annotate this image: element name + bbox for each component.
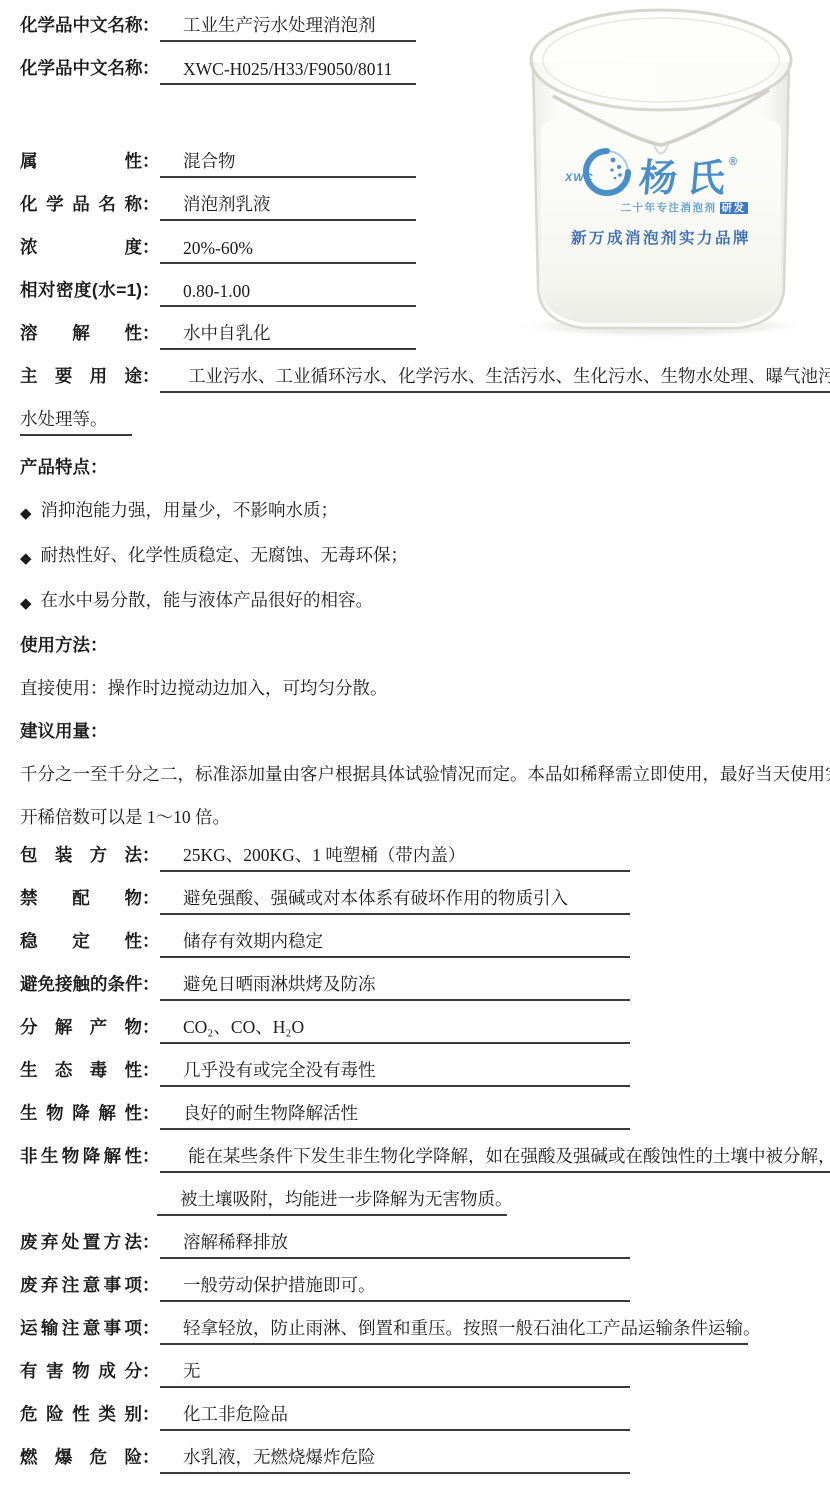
field-value: 水乳液，无燃烧爆炸危险 <box>160 1444 630 1474</box>
brand-name-text: 杨氏 <box>637 160 736 198</box>
field-label: 溶解性： <box>20 320 160 350</box>
field-label-colon: ： <box>142 971 160 996</box>
field-row-non-biodegradability-cont: 被土壤吸附，均能进一步降解为无害物质。 <box>20 1188 814 1216</box>
field-label-colon: ： <box>142 363 160 388</box>
field-label: 生态毒性： <box>20 1057 160 1087</box>
brand-subtitle-text: 二十年专注消泡剂 <box>621 202 717 214</box>
field-label: 稳定性： <box>20 928 160 958</box>
field-label: 避免接触的条件： <box>20 971 160 1001</box>
xwc-logo-text: XWC <box>565 172 594 184</box>
field-label-text: 生物降解性 <box>20 1100 142 1125</box>
field-label-text: 属性 <box>20 148 142 173</box>
field-label-text: 化学品中文名称 <box>20 12 142 37</box>
field-label: 非生物降解性： <box>20 1143 160 1173</box>
field-value: 混合物 <box>160 148 416 178</box>
field-label-text: 非生物降解性 <box>20 1143 142 1168</box>
field-label-colon: ： <box>142 148 160 173</box>
field-label-colon: ： <box>142 1014 160 1039</box>
field-label-colon: ： <box>142 12 160 37</box>
product-photo-beaker: XWC 杨氏 ® 二十年专注消泡剂研发 新万成消泡剂实力品牌 <box>495 2 827 340</box>
field-row-decomposition-products: 分解产物： CO₂、CO、H₂O <box>20 1016 814 1044</box>
field-label-colon: ： <box>142 234 160 259</box>
feature-bullet-3: ◆ 在水中易分散，能与液体产品很好的相容。 <box>20 584 814 612</box>
field-label-text: 溶解性 <box>20 320 142 345</box>
registered-trademark-icon: ® <box>729 156 737 168</box>
feature-text: 耐热性好、化学性质稳定、无腐蚀、无毒环保； <box>41 542 409 567</box>
field-label-colon: ： <box>142 55 160 80</box>
field-row-stability: 稳定性： 储存有效期内稳定 <box>20 930 814 958</box>
field-value: 消泡剂乳液 <box>160 191 416 221</box>
field-value: CO₂、CO、H₂O <box>160 1014 630 1044</box>
field-label-text: 浓度 <box>20 234 142 259</box>
field-label: 燃爆危险： <box>20 1444 160 1474</box>
feature-text: 在水中易分散，能与液体产品很好的相容。 <box>41 587 374 612</box>
diamond-bullet-icon: ◆ <box>20 549 32 567</box>
field-label-colon: ： <box>142 1229 160 1254</box>
field-row-eco-toxicity: 生态毒性： 几乎没有或完全没有毒性 <box>20 1059 814 1087</box>
field-label-colon: ： <box>142 1315 160 1340</box>
field-value-line1: 工业污水、工业循环污水、化学污水、生活污水、生化污水、生物水处理、曝气池污泥 <box>160 363 830 393</box>
field-row-disposal-precautions: 废弃注意事项： 一般劳动保护措施即可。 <box>20 1274 814 1302</box>
field-label: 危险性类别： <box>20 1401 160 1431</box>
diamond-bullet-icon: ◆ <box>20 594 32 612</box>
field-value: 25KG、200KG、1 吨塑桶（带内盖） <box>160 842 630 872</box>
field-label: 化学品中文名称： <box>20 12 160 42</box>
field-value: 避免强酸、强碱或对本体系有破坏作用的物质引入 <box>160 885 630 915</box>
field-label-colon: ： <box>142 1057 160 1082</box>
field-label: 生物降解性： <box>20 1100 160 1130</box>
field-label: 属性： <box>20 148 160 178</box>
field-value: 化工非危险品 <box>160 1401 630 1431</box>
field-label-colon: ： <box>142 928 160 953</box>
brand-subtitle-badge: 研发 <box>720 202 748 214</box>
section-heading-usage: 使用方法： <box>20 629 814 657</box>
field-label-text: 主要用途 <box>20 363 142 388</box>
brand-subtitle: 二十年专注消泡剂研发 <box>495 200 827 215</box>
field-value: 0.80-1.00 <box>160 281 416 307</box>
field-row-biodegradability: 生物降解性： 良好的耐生物降解活性 <box>20 1102 814 1130</box>
field-row-harmful-components: 有害物成分： 无 <box>20 1360 814 1388</box>
field-label-colon: ： <box>142 277 160 302</box>
feature-bullet-1: ◆ 消抑泡能力强，用量少，不影响水质； <box>20 494 814 522</box>
field-row-main-use: 主要用途： 工业污水、工业循环污水、化学污水、生活污水、生化污水、生物水处理、曝… <box>20 365 814 393</box>
field-label-text: 生态毒性 <box>20 1057 142 1082</box>
field-label-text: 运输注意事项 <box>20 1315 142 1340</box>
field-label-text: 有害物成分 <box>20 1358 142 1383</box>
field-label: 化学品名称： <box>20 191 160 221</box>
brand-slogan: 新万成消泡剂实力品牌 <box>495 226 827 248</box>
feature-text: 消抑泡能力强，用量少，不影响水质； <box>41 497 339 522</box>
feature-bullet-2: ◆ 耐热性好、化学性质稳定、无腐蚀、无毒环保； <box>20 539 814 567</box>
field-row-disposal-method: 废弃处置方法： 溶解稀释排放 <box>20 1231 814 1259</box>
field-label-colon: ： <box>142 191 160 216</box>
field-label-colon: ： <box>142 1143 160 1168</box>
field-label: 分解产物： <box>20 1014 160 1044</box>
dosage-line1: 千分之一至千分之二，标准添加量由客户根据具体试验情况而定。本品如稀释需立即使用，… <box>20 758 814 786</box>
field-label: 包装方法： <box>20 842 160 872</box>
field-label: 禁配物： <box>20 885 160 915</box>
field-value-line2: 被土壤吸附，均能进一步降解为无害物质。 <box>157 1186 507 1216</box>
dosage-line2: 开稀倍数可以是 1～10 倍。 <box>20 801 814 829</box>
usage-text: 直接使用：操作时边搅动边加入，可均匀分散。 <box>20 672 814 700</box>
field-label: 废弃注意事项： <box>20 1272 160 1302</box>
field-value: XWC-H025/H33/F9050/8011 <box>160 59 416 85</box>
field-label: 有害物成分： <box>20 1358 160 1388</box>
field-label: 废弃处置方法： <box>20 1229 160 1259</box>
field-label-text: 相对密度(水=1) <box>20 277 142 302</box>
field-label-colon: ： <box>142 1358 160 1383</box>
field-label-text: 化学品中文名称 <box>20 55 142 80</box>
field-value-line1: 能在某些条件下发生非生物化学降解，如在强酸及强碱或在酸蚀性的土壤中被分解，可 <box>160 1143 830 1173</box>
field-label: 化学品中文名称： <box>20 55 160 85</box>
brand-logo: XWC 杨氏 ® 二十年专注消泡剂研发 新万成消泡剂实力品牌 <box>495 142 827 248</box>
field-value: 溶解稀释排放 <box>160 1229 630 1259</box>
field-row-explosion-hazard: 燃爆危险： 水乳液，无燃烧爆炸危险 <box>20 1446 814 1474</box>
field-row-packing: 包装方法： 25KG、200KG、1 吨塑桶（带内盖） <box>20 844 814 872</box>
field-row-hazard-class: 危险性类别： 化工非危险品 <box>20 1403 814 1431</box>
field-value: 储存有效期内稳定 <box>160 928 630 958</box>
brand-logo-row: XWC 杨氏 ® <box>495 142 827 198</box>
field-label: 浓度： <box>20 234 160 264</box>
field-value: 轻拿轻放，防止雨淋、倒置和重压。按照一般石油化工产品运输条件运输。 <box>160 1315 748 1345</box>
field-label-colon: ： <box>142 1401 160 1426</box>
xwc-crescent-icon: XWC <box>579 142 635 198</box>
section-heading-features: 产品特点： <box>20 451 814 479</box>
field-row-incompatibles: 禁配物： 避免强酸、强碱或对本体系有破坏作用的物质引入 <box>20 887 814 915</box>
field-value: 无 <box>160 1358 630 1388</box>
field-row-main-use-cont: 水处理等。 <box>20 408 814 436</box>
field-label-text: 分解产物 <box>20 1014 142 1039</box>
field-label-text: 废弃处置方法 <box>20 1229 142 1254</box>
field-row-conditions-to-avoid: 避免接触的条件： 避免日晒雨淋烘烤及防冻 <box>20 973 814 1001</box>
field-label-text: 燃爆危险 <box>20 1444 142 1469</box>
field-label-colon: ： <box>142 1272 160 1297</box>
field-label-text: 危险性类别 <box>20 1401 142 1426</box>
field-value: 一般劳动保护措施即可。 <box>160 1272 630 1302</box>
field-value: 水中自乳化 <box>160 320 416 350</box>
field-value: 避免日晒雨淋烘烤及防冻 <box>160 971 630 1001</box>
field-value: 良好的耐生物降解活性 <box>160 1100 630 1130</box>
field-row-transport-precautions: 运输注意事项： 轻拿轻放，防止雨淋、倒置和重压。按照一般石油化工产品运输条件运输… <box>20 1317 814 1345</box>
field-label-text: 废弃注意事项 <box>20 1272 142 1297</box>
field-value: 20%-60% <box>160 238 416 264</box>
field-label-text: 稳定性 <box>20 928 142 953</box>
field-label: 主要用途： <box>20 363 160 393</box>
field-label-colon: ： <box>142 885 160 910</box>
field-label: 相对密度(水=1)： <box>20 277 160 307</box>
field-row-non-biodegradability: 非生物降解性： 能在某些条件下发生非生物化学降解，如在强酸及强碱或在酸蚀性的土壤… <box>20 1145 814 1173</box>
field-label-text: 化学品名称 <box>20 191 142 216</box>
field-label-text: 包装方法 <box>20 842 142 867</box>
field-label-colon: ： <box>142 320 160 345</box>
diamond-bullet-icon: ◆ <box>20 504 32 522</box>
field-label-text: 避免接触的条件 <box>20 971 142 996</box>
field-value-line2: 水处理等。 <box>20 406 132 436</box>
field-value: 几乎没有或完全没有毒性 <box>160 1057 630 1087</box>
field-label-text: 禁配物 <box>20 885 142 910</box>
section-heading-dosage: 建议用量： <box>20 715 814 743</box>
field-label-colon: ： <box>142 1100 160 1125</box>
field-label-colon: ： <box>142 1444 160 1469</box>
field-value: 工业生产污水处理消泡剂 <box>160 12 416 42</box>
field-label-colon: ： <box>142 842 160 867</box>
field-label: 运输注意事项： <box>20 1315 160 1345</box>
